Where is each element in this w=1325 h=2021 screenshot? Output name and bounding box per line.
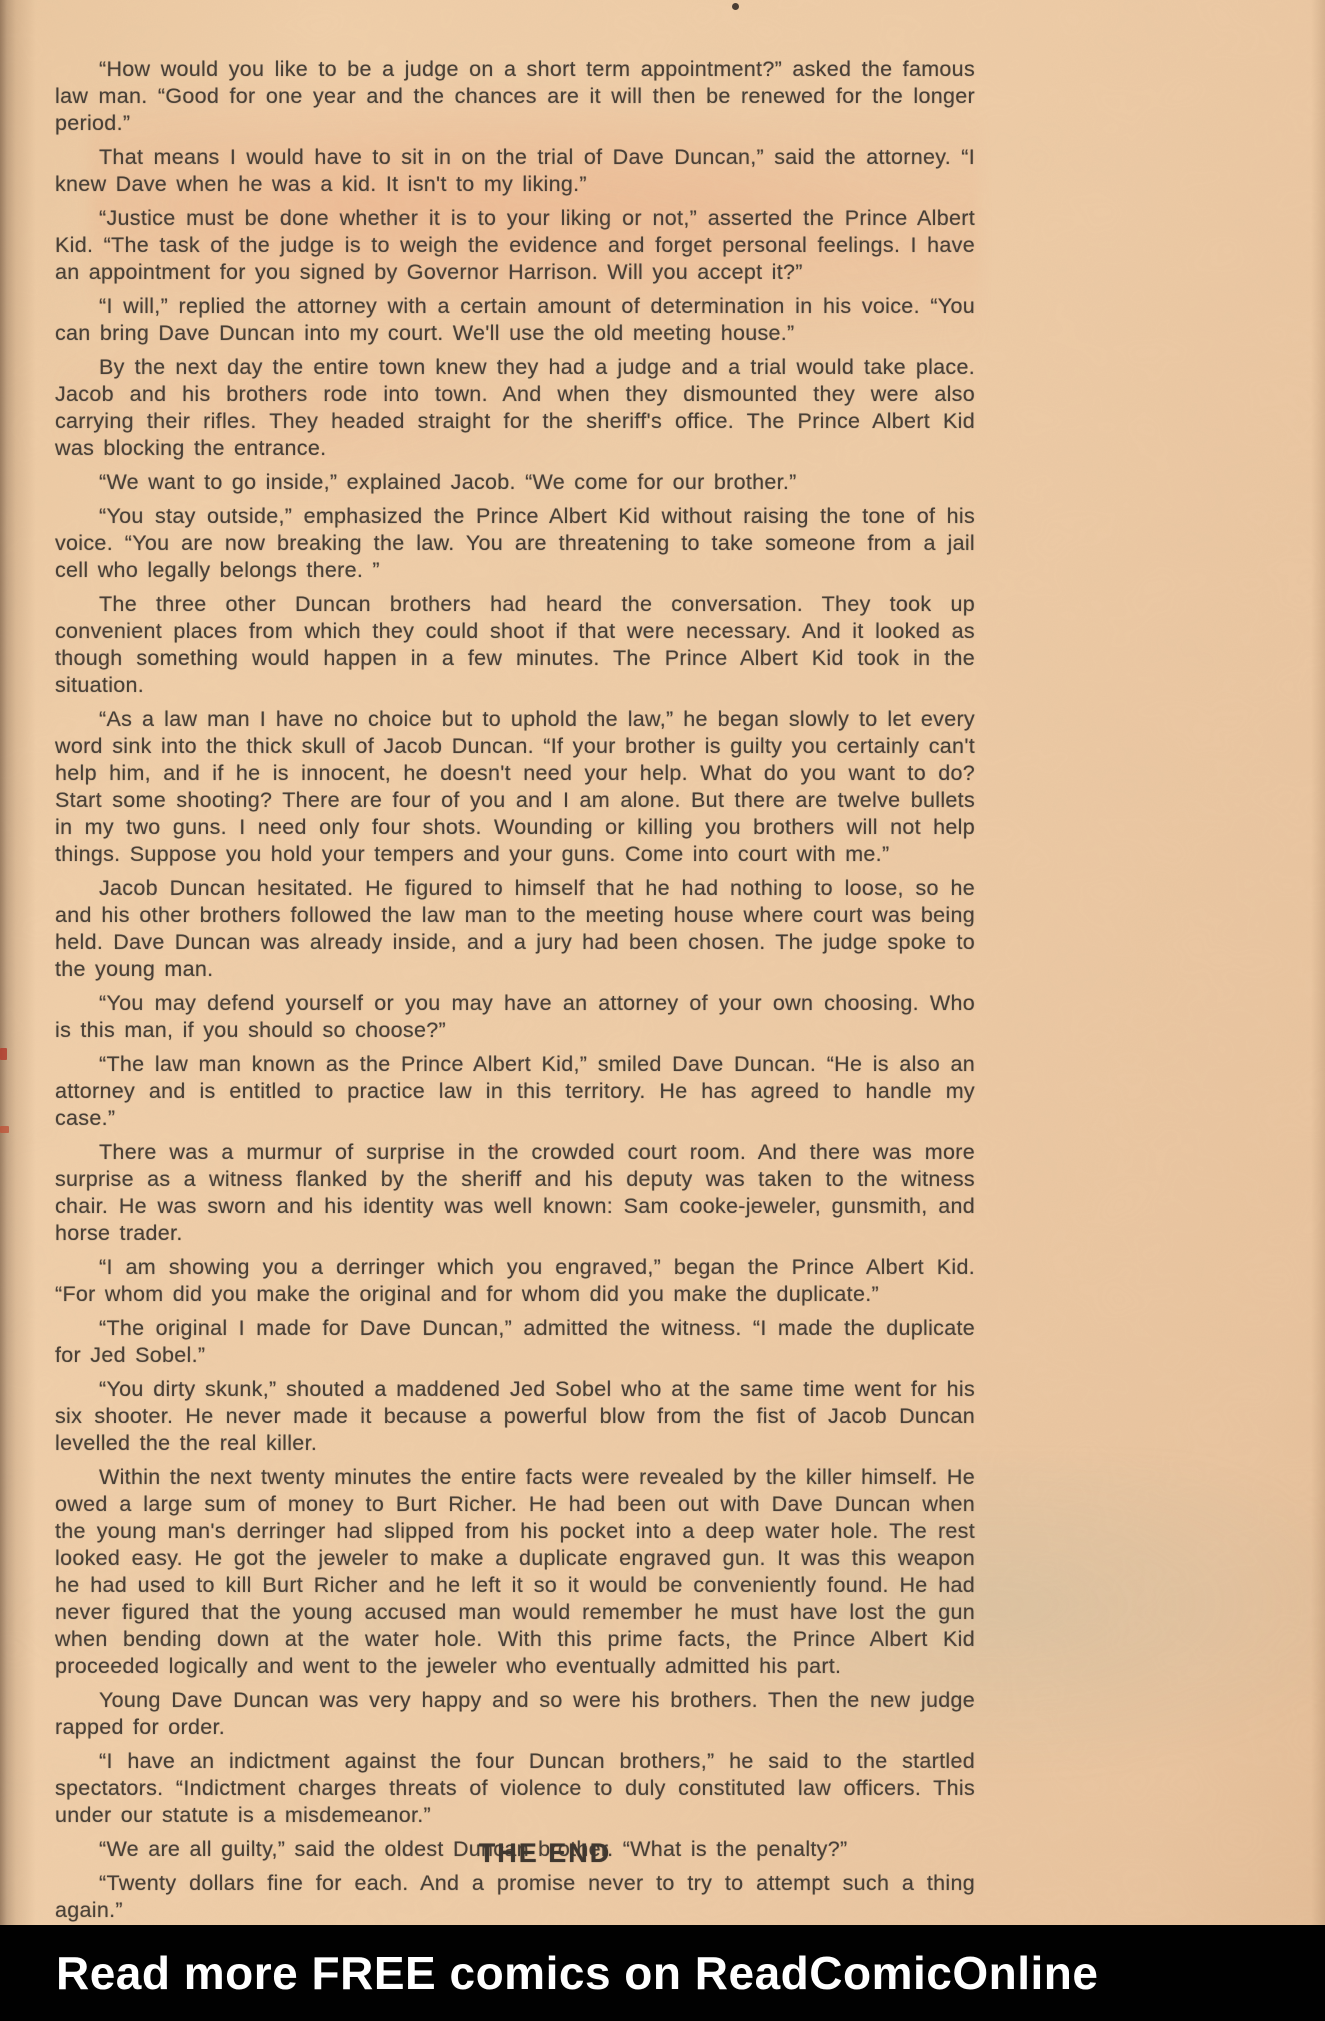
red-ink-speck (0, 1048, 7, 1060)
story-paragraph: Young Dave Duncan was very happy and so … (55, 1687, 975, 1741)
story-paragraph: “I am showing you a derringer which you … (55, 1254, 975, 1308)
footer-banner-text[interactable]: Read more FREE comics on ReadComicOnline (56, 1946, 1098, 2000)
story-paragraph: “I will,” replied the attorney with a ce… (55, 293, 975, 347)
story-paragraph: “How would you like to be a judge on a s… (55, 56, 975, 137)
story-paragraph: “I have an indictment against the four D… (55, 1748, 975, 1829)
dark-ink-speck (732, 3, 739, 10)
story-paragraph: “The law man known as the Prince Albert … (55, 1051, 975, 1132)
page-edge-shadow-right (1311, 0, 1325, 1925)
story-paragraph: “You dirty skunk,” shouted a maddened Je… (55, 1376, 975, 1457)
story-paragraph: That means I would have to sit in on the… (55, 144, 975, 198)
story-text: “How would you like to be a judge on a s… (55, 56, 975, 2019)
page-edge-shadow-left (0, 0, 36, 1925)
story-paragraph: “Justice must be done whether it is to y… (55, 205, 975, 286)
footer-banner[interactable]: Read more FREE comics on ReadComicOnline (0, 1925, 1325, 2021)
story-paragraph: The three other Duncan brothers had hear… (55, 591, 975, 699)
comic-page: “How would you like to be a judge on a s… (0, 0, 1325, 2021)
story-paragraph: “Twenty dollars fine for each. And a pro… (55, 1870, 975, 1924)
story-paragraph: “As a law man I have no choice but to up… (55, 706, 975, 868)
story-paragraph: Jacob Duncan hesitated. He figured to hi… (55, 875, 975, 983)
story-paragraph: “You stay outside,” emphasized the Princ… (55, 503, 975, 584)
story-paragraph: There was a murmur of surprise in the cr… (55, 1139, 975, 1247)
story-paragraph: Within the next twenty minutes the entir… (55, 1464, 975, 1680)
story-paragraph: “You may defend yourself or you may have… (55, 990, 975, 1044)
story-paragraph: By the next day the entire town knew the… (55, 354, 975, 462)
the-end-label: THE END (0, 1838, 1090, 1869)
story-paragraph: “The original I made for Dave Duncan,” a… (55, 1315, 975, 1369)
red-ink-speck (0, 1126, 9, 1133)
story-paragraph: “We want to go inside,” explained Jacob.… (55, 469, 975, 496)
